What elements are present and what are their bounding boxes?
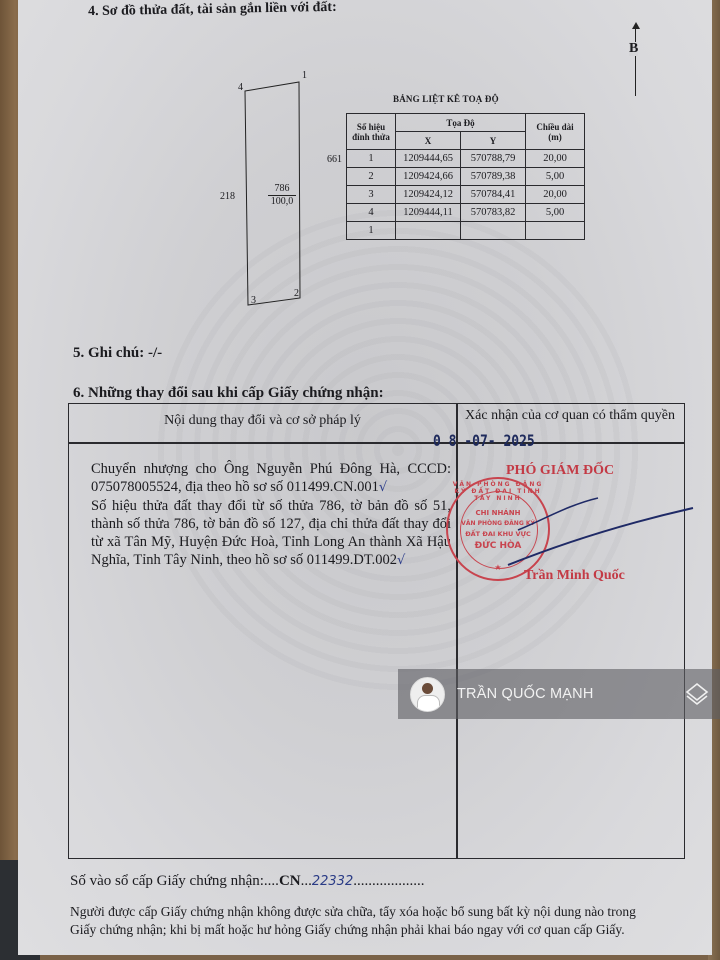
parcel-sketch: 1 2 3 4 218 661 786 100,0 <box>200 70 340 310</box>
registry-dots-trailing: ................... <box>353 873 424 889</box>
change-content: Chuyển nhượng cho Ông Nguyễn Phú Đông Hà… <box>91 460 451 570</box>
coord-table: Số hiệu đỉnh thửa Tọa Độ Chiều dài (m) X… <box>346 113 585 240</box>
col-x: X <box>396 132 461 150</box>
registry-number: 22332 <box>312 874 353 889</box>
coord-row: 11209444,65570788,7920,00 <box>347 150 585 168</box>
layers-logo-icon[interactable] <box>684 682 710 706</box>
certificate-page: 4. Sơ đồ thửa đất, tài sản gắn liền với … <box>18 0 712 955</box>
col-y: Y <box>461 132 526 150</box>
coord-cell-y: 570789,38 <box>461 168 526 186</box>
north-label: B <box>629 42 638 56</box>
coord-cell-x: 1209444,65 <box>396 150 461 168</box>
coord-cell-y: 570783,82 <box>461 204 526 222</box>
vertex-1-label: 1 <box>302 70 307 81</box>
col-content-header: Nội dung thay đổi và cơ sở pháp lý <box>69 404 456 442</box>
parcel-area: 100,0 <box>268 195 296 208</box>
coord-row: 41209444,11570783,825,00 <box>347 204 585 222</box>
registry-prefix: CN <box>279 873 301 889</box>
author-name: TRẦN QUỐC MẠNH <box>457 686 594 702</box>
coord-cell-x <box>396 222 461 240</box>
coord-row: 21209424,66570789,385,00 <box>347 168 585 186</box>
coord-cell-point: 1 <box>347 222 396 240</box>
col-coords: Tọa Độ <box>396 114 526 132</box>
check-mark-icon: √ <box>397 553 405 568</box>
registry-label: Số vào sổ cấp Giấy chứng nhận:.... <box>70 873 279 889</box>
coord-row: 1 <box>347 222 585 240</box>
col-point: Số hiệu đỉnh thửa <box>347 114 396 150</box>
north-arrow-icon: B <box>626 22 646 97</box>
coord-cell-point: 1 <box>347 150 396 168</box>
coord-cell-length: 5,00 <box>526 204 585 222</box>
check-mark-icon: √ <box>379 480 387 495</box>
notice-line-2: Giấy chứng nhận; khi bị mất hoặc hư hỏng… <box>70 921 670 939</box>
coord-cell-length: 20,00 <box>526 150 585 168</box>
signer-name: Trần Minh Quốc <box>524 568 625 584</box>
coord-cell-x: 1209424,66 <box>396 168 461 186</box>
parcel-number: 786 <box>268 183 296 195</box>
signer-position: PHÓ GIÁM ĐỐC <box>506 463 614 479</box>
vertex-4-label: 4 <box>238 82 243 93</box>
notice-line-1: Người được cấp Giấy chứng nhận không đượ… <box>70 903 670 921</box>
avatar[interactable] <box>410 677 445 712</box>
author-watermark-bar[interactable]: TRẦN QUỐC MẠNH <box>398 669 720 719</box>
coord-cell-x: 1209444,11 <box>396 204 461 222</box>
coord-cell-point: 3 <box>347 186 396 204</box>
section-6-title: 6. Những thay đổi sau khi cấp Giấy chứng… <box>73 385 384 402</box>
vertex-3-label: 3 <box>251 295 256 306</box>
coord-cell-y: 570788,79 <box>461 150 526 168</box>
coord-cell-length: 5,00 <box>526 168 585 186</box>
change-transfer-text: Chuyển nhượng cho Ông Nguyễn Phú Đông Hà… <box>91 460 451 497</box>
coord-cell-y <box>461 222 526 240</box>
neighbor-parcel-left: 218 <box>220 191 235 202</box>
registry-dots: ... <box>301 873 312 889</box>
coord-cell-x: 1209424,12 <box>396 186 461 204</box>
parcel-label: 786 100,0 <box>268 183 296 208</box>
coord-table-title: BẢNG LIỆT KÊ TOẠ ĐỘ <box>393 94 499 104</box>
neighbor-parcel-right: 661 <box>327 154 342 165</box>
col-length: Chiều dài (m) <box>526 114 585 150</box>
coord-cell-length <box>526 222 585 240</box>
change-parcel-text: Số hiệu thửa đất thay đổi từ số thửa 786… <box>91 497 451 570</box>
date-stamp: 0 8 -07- 2025 <box>433 432 535 451</box>
section-4-title: 4. Sơ đồ thửa đất, tài sản gắn liền với … <box>88 0 337 20</box>
vertex-2-label: 2 <box>294 288 299 299</box>
coord-cell-point: 2 <box>347 168 396 186</box>
section-5-title: 5. Ghi chú: -/- <box>73 345 162 362</box>
coord-cell-length: 20,00 <box>526 186 585 204</box>
notice-text: Người được cấp Giấy chứng nhận không đượ… <box>70 903 670 939</box>
coord-cell-y: 570784,41 <box>461 186 526 204</box>
coord-cell-point: 4 <box>347 204 396 222</box>
signature-stroke <box>498 490 698 570</box>
coord-row: 31209424,12570784,4120,00 <box>347 186 585 204</box>
registry-number-line: Số vào sổ cấp Giấy chứng nhận:....CN...2… <box>70 873 424 890</box>
